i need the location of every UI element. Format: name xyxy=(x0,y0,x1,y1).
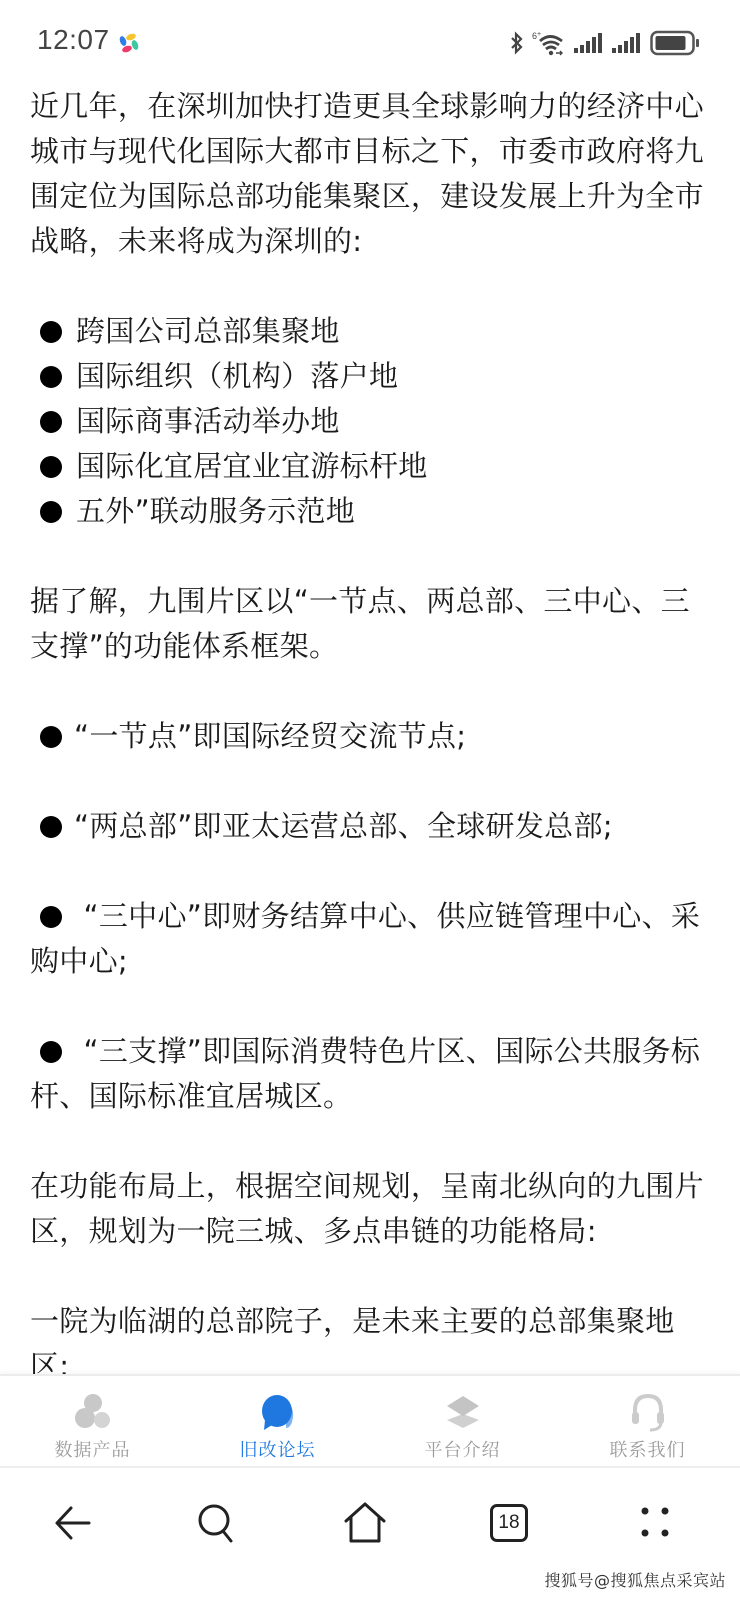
tab-forum[interactable]: 旧改论坛 xyxy=(185,1376,370,1466)
arrow-left-icon xyxy=(51,1503,95,1543)
bullet-icon xyxy=(40,456,62,478)
layers-icon xyxy=(441,1392,485,1432)
home-button[interactable] xyxy=(340,1498,390,1548)
tabs-count-icon: 18 xyxy=(490,1504,528,1542)
home-icon xyxy=(342,1501,388,1545)
search-button[interactable] xyxy=(192,1498,242,1548)
signal-icon xyxy=(612,32,642,54)
bullet-icon xyxy=(40,321,62,343)
framework-intro-paragraph: 据了解，九围片区以“一节点、两总部、三中心、三支撑”的功能体系框架。 xyxy=(30,579,710,669)
status-bar: 12:07 6 + xyxy=(0,0,740,80)
layout-paragraph: 在功能布局上，根据空间规划，呈南北纵向的九围片区，规划为一院三城、多点串链的功能… xyxy=(30,1164,710,1254)
bullet-icon xyxy=(40,501,62,523)
list-item: 国际组织（机构）落户地 xyxy=(30,354,710,399)
tab-contact-us[interactable]: 联系我们 xyxy=(555,1376,740,1466)
framework-item: “三中心”即财务结算中心、供应链管理中心、采购中心; xyxy=(30,894,710,984)
bullet-icon xyxy=(40,816,62,838)
bullet-icon xyxy=(40,366,62,388)
data-products-icon xyxy=(71,1392,115,1432)
menu-button[interactable] xyxy=(630,1498,680,1548)
bullet-icon xyxy=(40,906,62,928)
signal-icon xyxy=(574,32,604,54)
status-icons: 6 + xyxy=(510,28,700,58)
list-item: 国际化宜居宜业宜游标杆地 xyxy=(30,444,710,489)
app-notification-icon xyxy=(118,32,140,54)
site-tab-bar: 数据产品 旧改论坛 平台介绍 联系我们 xyxy=(0,1374,740,1466)
roles-list: 跨国公司总部集聚地 国际组织（机构）落户地 国际商事活动举办地 国际化宜居宜业宜… xyxy=(30,309,710,534)
bluetooth-icon xyxy=(510,31,524,55)
back-button[interactable] xyxy=(48,1498,98,1548)
tabs-button[interactable]: 18 xyxy=(484,1498,534,1548)
article-body: 近几年，在深圳加快打造更具全球影响力的经济中心城市与现代化国际大都市目标之下，市… xyxy=(30,84,710,1389)
framework-item: “一节点”即国际经贸交流节点; xyxy=(30,714,710,759)
list-item: 国际商事活动举办地 xyxy=(30,399,710,444)
search-icon xyxy=(195,1501,239,1545)
framework-item: “三支撑”即国际消费特色片区、国际公共服务标杆、国际标准宜居城区。 xyxy=(30,1029,710,1119)
bullet-icon xyxy=(40,726,62,748)
list-item: 跨国公司总部集聚地 xyxy=(30,309,710,354)
tab-platform-intro[interactable]: 平台介绍 xyxy=(370,1376,555,1466)
framework-item: “两总部”即亚太运营总部、全球研发总部; xyxy=(30,804,710,849)
more-dots-icon xyxy=(635,1503,675,1543)
svg-text:+: + xyxy=(537,31,541,38)
bullet-icon xyxy=(40,411,62,433)
forum-chat-icon xyxy=(256,1392,300,1432)
wifi-6-icon: 6 + xyxy=(532,30,566,56)
intro-paragraph: 近几年，在深圳加快打造更具全球影响力的经济中心城市与现代化国际大都市目标之下，市… xyxy=(30,84,710,264)
list-item: 五外”联动服务示范地 xyxy=(30,489,710,534)
battery-icon xyxy=(650,30,700,56)
bullet-icon xyxy=(40,1041,62,1063)
watermark: 搜狐号@搜狐焦点采宾站 xyxy=(544,1568,726,1591)
status-time: 12:07 xyxy=(37,24,110,56)
tab-data-products[interactable]: 数据产品 xyxy=(0,1376,185,1466)
headset-icon xyxy=(626,1392,670,1432)
